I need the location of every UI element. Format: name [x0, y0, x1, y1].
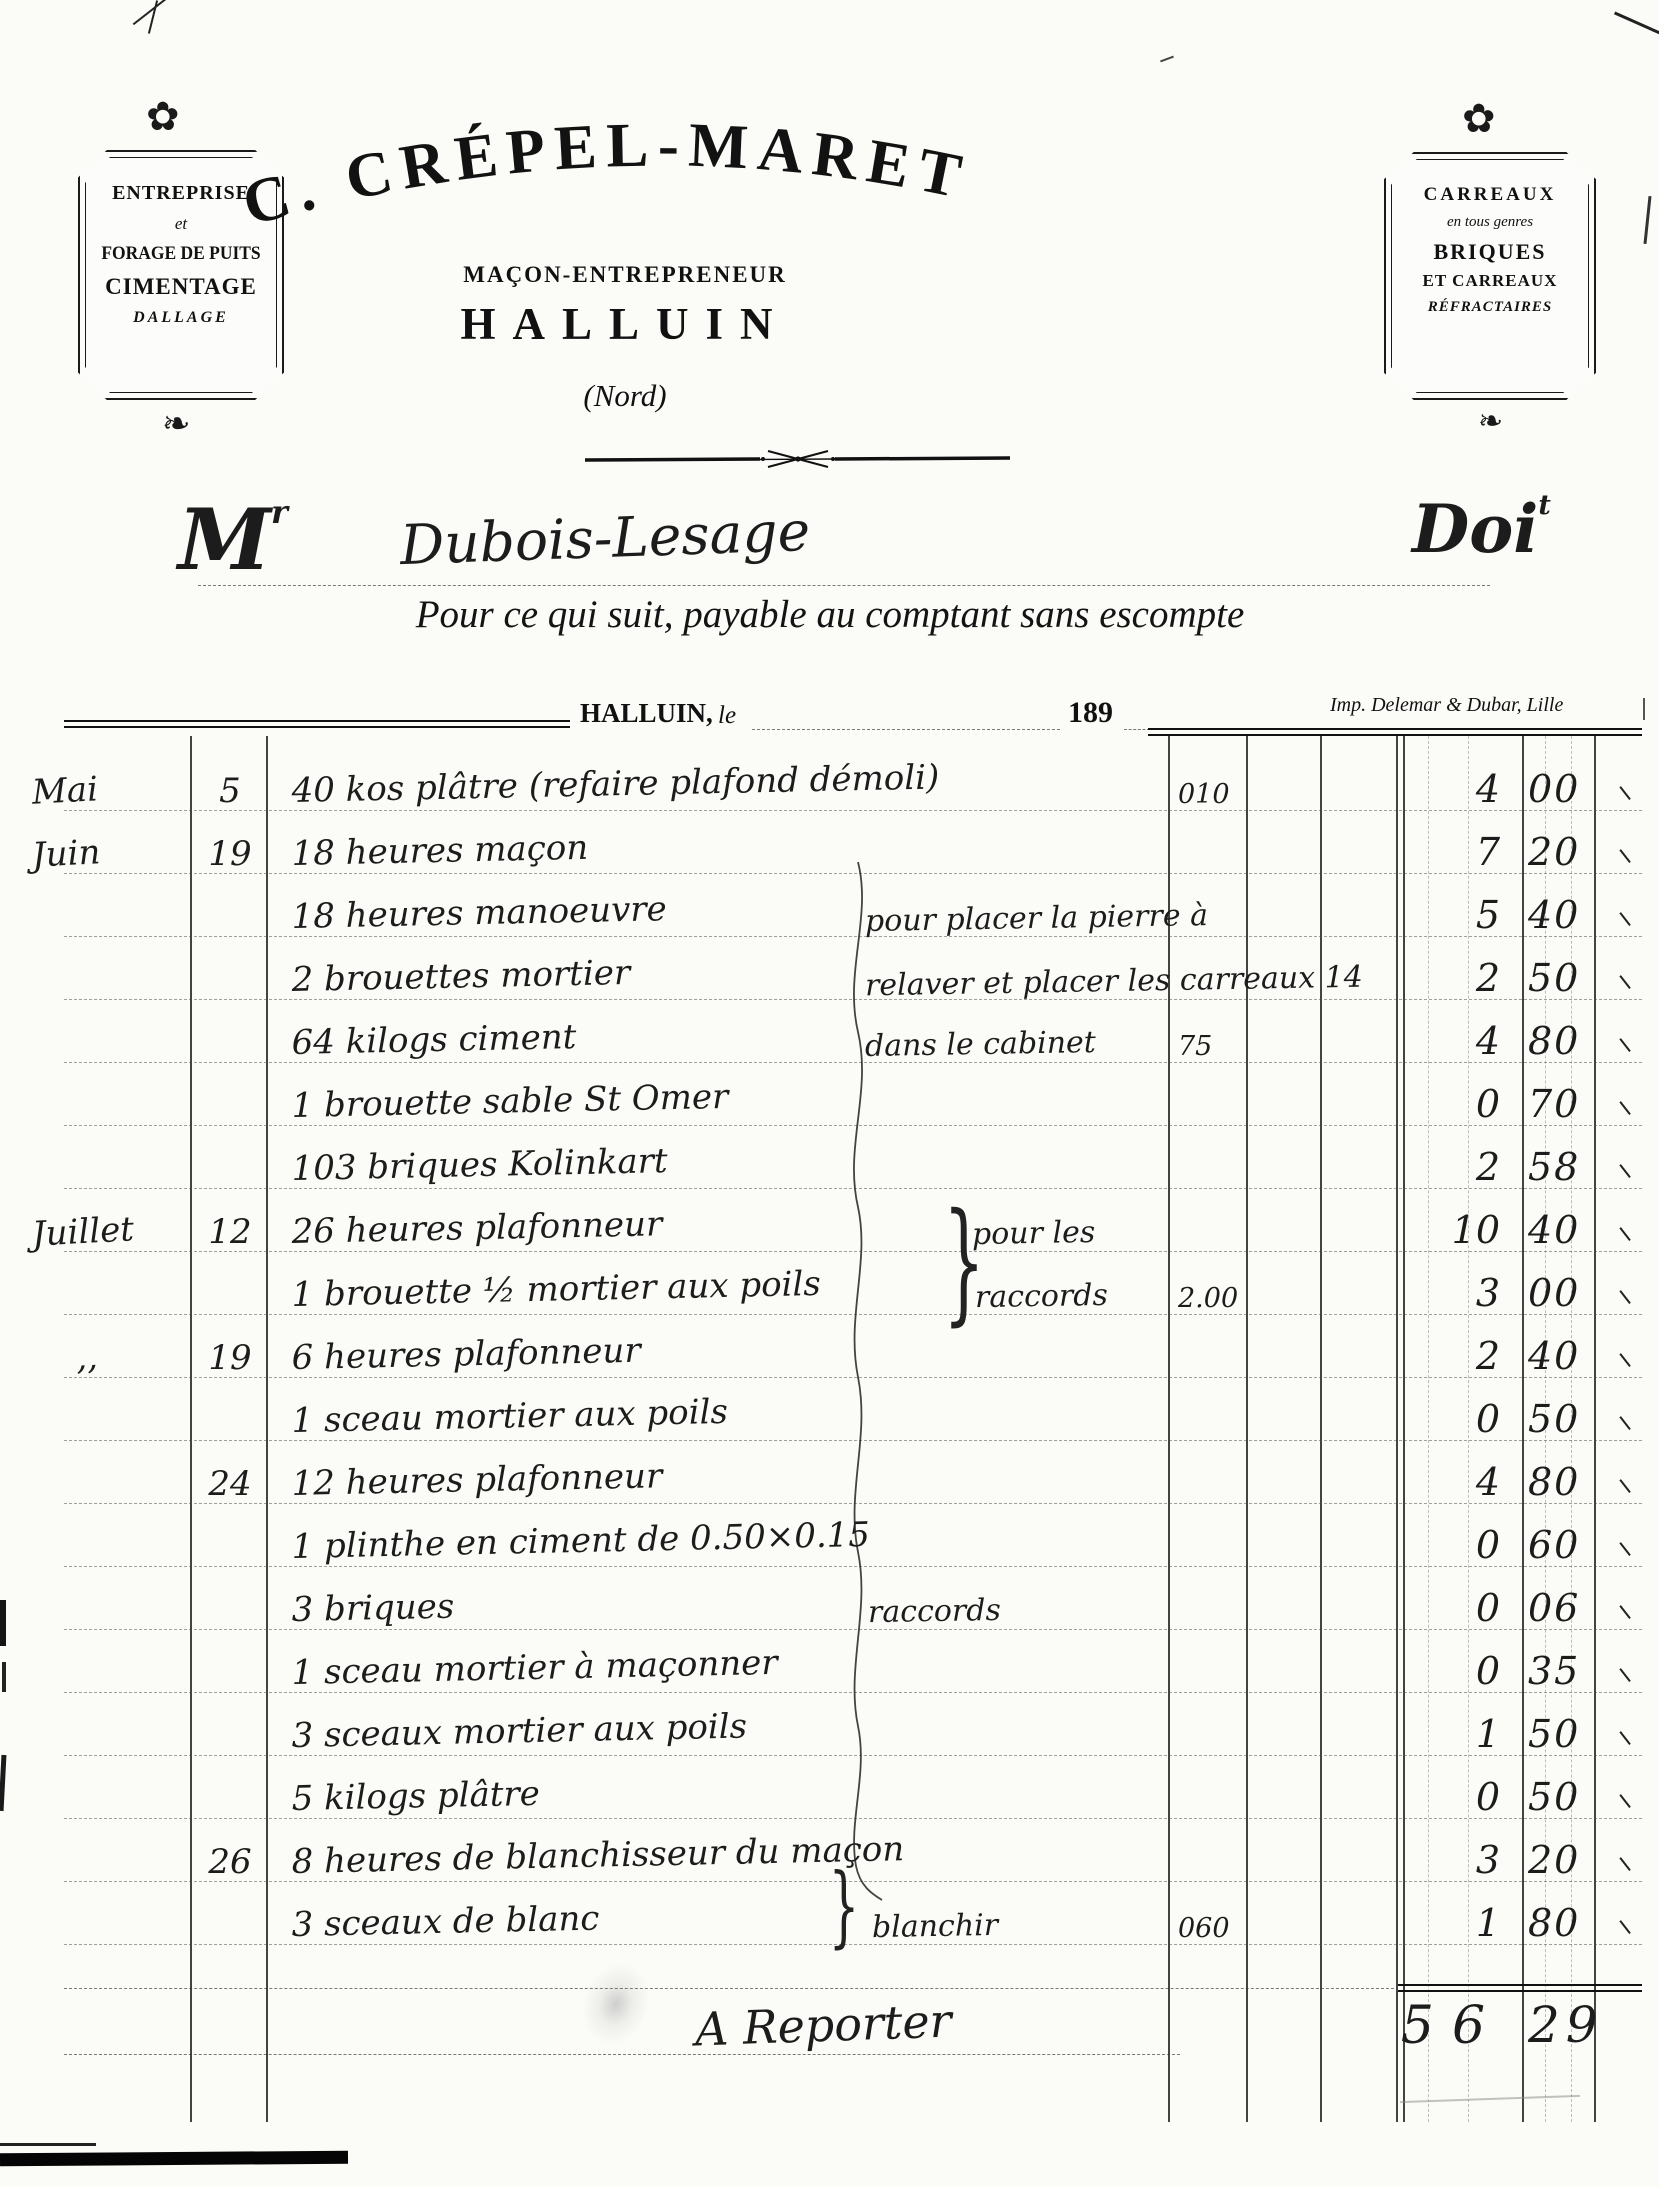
- right-panel-line: CARREAUX: [1386, 184, 1594, 206]
- entry-centimes: 40: [1528, 1211, 1600, 1249]
- fleuron-ornament-icon: ❧: [1478, 404, 1503, 439]
- table-row: 1 brouette sable St Omer070: [0, 1065, 1659, 1123]
- entry-francs: 0: [1400, 1400, 1500, 1438]
- divider-ornament: [585, 446, 1010, 472]
- check-tick-icon: [1619, 912, 1631, 926]
- check-tick-icon: [1619, 1668, 1631, 1682]
- dateline-rule: [1124, 729, 1150, 730]
- entry-month: Juin: [31, 835, 101, 873]
- check-tick-icon: [1619, 849, 1631, 863]
- entry-centimes: 70: [1528, 1085, 1600, 1123]
- entry-centimes: 06: [1528, 1589, 1600, 1627]
- entry-description: 3 sceaux mortier aux poils: [291, 1709, 747, 1753]
- grouping-brace: }: [943, 1196, 985, 1328]
- city-title: HALLUIN: [440, 298, 810, 350]
- doit-label: Doit: [1412, 490, 1551, 568]
- doit-sup: t: [1538, 490, 1550, 521]
- check-tick-icon: [1619, 1164, 1631, 1178]
- ink-smudge: [557, 1937, 675, 2071]
- right-panel-line: RÉFRACTAIRES: [1386, 299, 1594, 316]
- entry-francs: 5: [1400, 896, 1500, 934]
- entry-centimes: 58: [1528, 1148, 1600, 1186]
- entry-day: 12: [192, 1215, 268, 1249]
- handwritten-brace-line: [842, 862, 896, 1912]
- payment-terms: Pour ce qui suit, payable au comptant sa…: [320, 592, 1340, 637]
- table-row: Mai540 kos plâtre (refaire plafond démol…: [0, 750, 1659, 808]
- header-rule-left: [64, 720, 570, 728]
- entry-month: ,,: [75, 1340, 98, 1375]
- entry-description: 1 brouette sable St Omer: [291, 1080, 728, 1123]
- total-centimes: 29: [1528, 1996, 1604, 2054]
- entry-francs: 7: [1400, 833, 1500, 871]
- entry-description: 103 briques Kolinkart: [291, 1144, 668, 1186]
- right-panel-line: ET CARREAUX: [1386, 271, 1594, 291]
- entry-centimes: 20: [1528, 1841, 1600, 1879]
- entry-description: 40 kos plâtre (refaire plafond démoli): [291, 760, 939, 808]
- entry-francs: 1: [1400, 1904, 1500, 1942]
- scan-artifact: [1643, 196, 1651, 244]
- billto-rule: [198, 585, 1490, 586]
- table-row: 103 briques Kolinkart258: [0, 1128, 1659, 1186]
- check-tick-icon: [1619, 1227, 1631, 1241]
- entry-francs: 0: [1400, 1778, 1500, 1816]
- entry-annotation: raccords: [975, 1281, 1108, 1313]
- floral-ornament-icon: ✿: [1462, 96, 1496, 142]
- entry-centimes: 40: [1528, 1337, 1600, 1375]
- table-row: ,,196 heures plafonneur240: [0, 1317, 1659, 1375]
- check-tick-icon: [1619, 1479, 1631, 1493]
- entry-unit-price: 75: [1178, 1033, 1212, 1060]
- entry-annotation: dans le cabinet: [865, 1028, 1096, 1062]
- dateline-le: le: [718, 702, 736, 730]
- entry-unit-price: 2.00: [1178, 1285, 1238, 1312]
- letterhead-right-panel: CARREAUX en tous genres BRIQUES ET CARRE…: [1384, 152, 1596, 400]
- header-rule-right: [1148, 728, 1642, 736]
- entry-description: 26 heures plafonneur: [291, 1207, 662, 1249]
- entry-centimes: 00: [1528, 770, 1600, 808]
- table-row: 18 heures manoeuvrepour placer la pierre…: [0, 876, 1659, 934]
- entry-francs: 4: [1400, 1463, 1500, 1501]
- entry-francs: 0: [1400, 1085, 1500, 1123]
- table-row: 3 briquesraccords006: [0, 1569, 1659, 1627]
- entry-centimes: 50: [1528, 1715, 1600, 1753]
- entry-francs: 4: [1400, 1022, 1500, 1060]
- check-tick-icon: [1619, 1416, 1631, 1430]
- entry-centimes: 50: [1528, 1778, 1600, 1816]
- entry-centimes: 00: [1528, 1274, 1600, 1312]
- check-tick-icon: [1619, 1542, 1631, 1556]
- entry-annotation: blanchir: [872, 1911, 999, 1943]
- table-row: 1 sceau mortier à maçonner035: [0, 1632, 1659, 1690]
- table-row: 2 brouettes mortierrelaver et placer les…: [0, 939, 1659, 997]
- scan-artifact: [0, 2143, 96, 2146]
- entry-centimes: 50: [1528, 959, 1600, 997]
- entry-centimes: 50: [1528, 1400, 1600, 1438]
- department-line: (Nord): [440, 378, 810, 414]
- entry-day: 5: [192, 774, 268, 808]
- dateline-year: 189: [1068, 696, 1113, 730]
- entry-francs: 0: [1400, 1652, 1500, 1690]
- entry-day: 24: [192, 1467, 268, 1501]
- table-row: 64 kilogs cimentdans le cabinet75480: [0, 1002, 1659, 1060]
- salutation-m: M: [178, 490, 271, 589]
- scan-artifact: [148, 0, 158, 33]
- table-row: 1 brouette ½ mortier aux poilsraccords2.…: [0, 1254, 1659, 1312]
- entry-annotation: pour les: [972, 1218, 1096, 1250]
- company-title: C. CRÉPEL-MARET: [235, 86, 1025, 261]
- check-tick-icon: [1619, 1920, 1631, 1934]
- right-panel-line: en tous genres: [1386, 214, 1594, 231]
- entry-description: 1 sceau mortier aux poils: [291, 1395, 728, 1438]
- entry-francs: 1: [1400, 1715, 1500, 1753]
- table-row: 5 kilogs plâtre050: [0, 1758, 1659, 1816]
- table-row: 3 sceaux mortier aux poils150: [0, 1695, 1659, 1753]
- entry-unit-price: 010: [1178, 781, 1230, 808]
- check-tick-icon: [1619, 1290, 1631, 1304]
- table-row: 1 plinthe en ciment de 0.50×0.15060: [0, 1506, 1659, 1564]
- entry-centimes: 35: [1528, 1652, 1600, 1690]
- scan-artifact: [1160, 56, 1174, 63]
- scan-artifact: [0, 1600, 6, 1646]
- entry-description: 1 brouette ½ mortier aux poils: [291, 1267, 821, 1312]
- scan-artifact: [1643, 698, 1645, 720]
- entry-description: 3 sceaux de blanc: [291, 1902, 599, 1942]
- salutation-sup: r: [271, 493, 288, 531]
- entry-francs: 4: [1400, 770, 1500, 808]
- entry-description: 18 heures manoeuvre: [291, 892, 667, 934]
- table-row: Juin1918 heures maçon720: [0, 813, 1659, 871]
- total-francs: 56: [1396, 1996, 1508, 2056]
- left-panel-line: CIMENTAGE: [80, 274, 282, 300]
- salutation: Mr: [178, 490, 288, 589]
- entry-month: Juillet: [31, 1212, 135, 1251]
- scan-artifact: [2, 1662, 6, 1692]
- right-panel-line: BRIQUES: [1386, 239, 1594, 265]
- entry-francs: 3: [1400, 1841, 1500, 1879]
- entry-annotation: pour placer la pierre à: [865, 901, 1208, 937]
- table-row: Juillet1226 heures plafonneurpour les104…: [0, 1191, 1659, 1249]
- entry-centimes: 80: [1528, 1904, 1600, 1942]
- entry-centimes: 60: [1528, 1526, 1600, 1564]
- entry-description: 64 kilogs ciment: [291, 1020, 576, 1060]
- entry-francs: 0: [1400, 1589, 1500, 1627]
- entry-description: 3 briques: [291, 1590, 454, 1627]
- check-tick-icon: [1619, 1038, 1631, 1052]
- check-tick-icon: [1619, 1857, 1631, 1871]
- printer-credit: Imp. Delemar & Dubar, Lille: [1330, 694, 1563, 717]
- floral-ornament-icon: ✿: [146, 94, 180, 140]
- profession-line: MAÇON-ENTREPRENEUR: [440, 262, 810, 288]
- check-tick-icon: [1619, 1794, 1631, 1808]
- svg-text:C. CRÉPEL-MARET: C. CRÉPEL-MARET: [235, 109, 976, 239]
- entry-month: Mai: [31, 772, 99, 809]
- total-row-rule: [64, 1988, 1394, 1989]
- entry-francs: 0: [1400, 1526, 1500, 1564]
- entry-description: 12 heures plafonneur: [291, 1459, 662, 1501]
- dateline-city: HALLUIN,: [580, 698, 713, 729]
- scanned-invoice-page: { "letterhead": { "left_panel": ["ENTREP…: [0, 0, 1659, 2187]
- entry-francs: 2: [1400, 1148, 1500, 1186]
- table-row: 2412 heures plafonneur480: [0, 1443, 1659, 1501]
- entry-francs: 2: [1400, 959, 1500, 997]
- client-name: Dubois-Lesage: [399, 499, 811, 577]
- scan-artifact: [1400, 2095, 1580, 2103]
- entry-description: 1 plinthe en ciment de 0.50×0.15: [291, 1518, 870, 1564]
- entry-centimes: 80: [1528, 1463, 1600, 1501]
- row-rule: [64, 810, 1642, 811]
- entry-centimes: 20: [1528, 833, 1600, 871]
- table-row: 1 sceau mortier aux poils050: [0, 1380, 1659, 1438]
- entry-description: 8 heures de blanchisseur du maçon: [291, 1832, 904, 1879]
- entry-day: 19: [192, 837, 268, 871]
- entry-francs: 2: [1400, 1337, 1500, 1375]
- entry-francs: 3: [1400, 1274, 1500, 1312]
- check-tick-icon: [1619, 1731, 1631, 1745]
- entry-description: 18 heures maçon: [291, 831, 588, 871]
- check-tick-icon: [1619, 975, 1631, 989]
- entry-annotation: relaver et placer les carreaux 14: [865, 963, 1363, 1002]
- doit-text: Doi: [1412, 490, 1538, 568]
- total-rule: [1398, 1984, 1642, 1992]
- check-tick-icon: [1619, 1605, 1631, 1619]
- scan-artifact: [0, 2151, 348, 2166]
- entry-centimes: 40: [1528, 896, 1600, 934]
- entry-francs: 10: [1400, 1211, 1500, 1249]
- entry-unit-price: 060: [1178, 1915, 1230, 1942]
- entry-centimes: 80: [1528, 1022, 1600, 1060]
- entry-day: 19: [192, 1341, 268, 1375]
- check-tick-icon: [1619, 1353, 1631, 1367]
- entry-description: 6 heures plafonneur: [291, 1334, 641, 1375]
- dateline-rule: [752, 729, 1060, 730]
- check-tick-icon: [1619, 786, 1631, 800]
- carry-forward-label: A Reporter: [694, 1994, 952, 2057]
- check-tick-icon: [1619, 1101, 1631, 1115]
- fleuron-ornament-icon: ❧: [162, 404, 191, 444]
- entry-description: 2 brouettes mortier: [291, 956, 630, 997]
- scan-artifact: [1614, 11, 1659, 39]
- entry-description: 5 kilogs plâtre: [291, 1777, 540, 1816]
- entry-description: 1 sceau mortier à maçonner: [291, 1646, 778, 1690]
- entry-day: 26: [192, 1845, 268, 1879]
- left-panel-line: DALLAGE: [80, 309, 282, 327]
- grouping-brace: }: [829, 1862, 860, 1950]
